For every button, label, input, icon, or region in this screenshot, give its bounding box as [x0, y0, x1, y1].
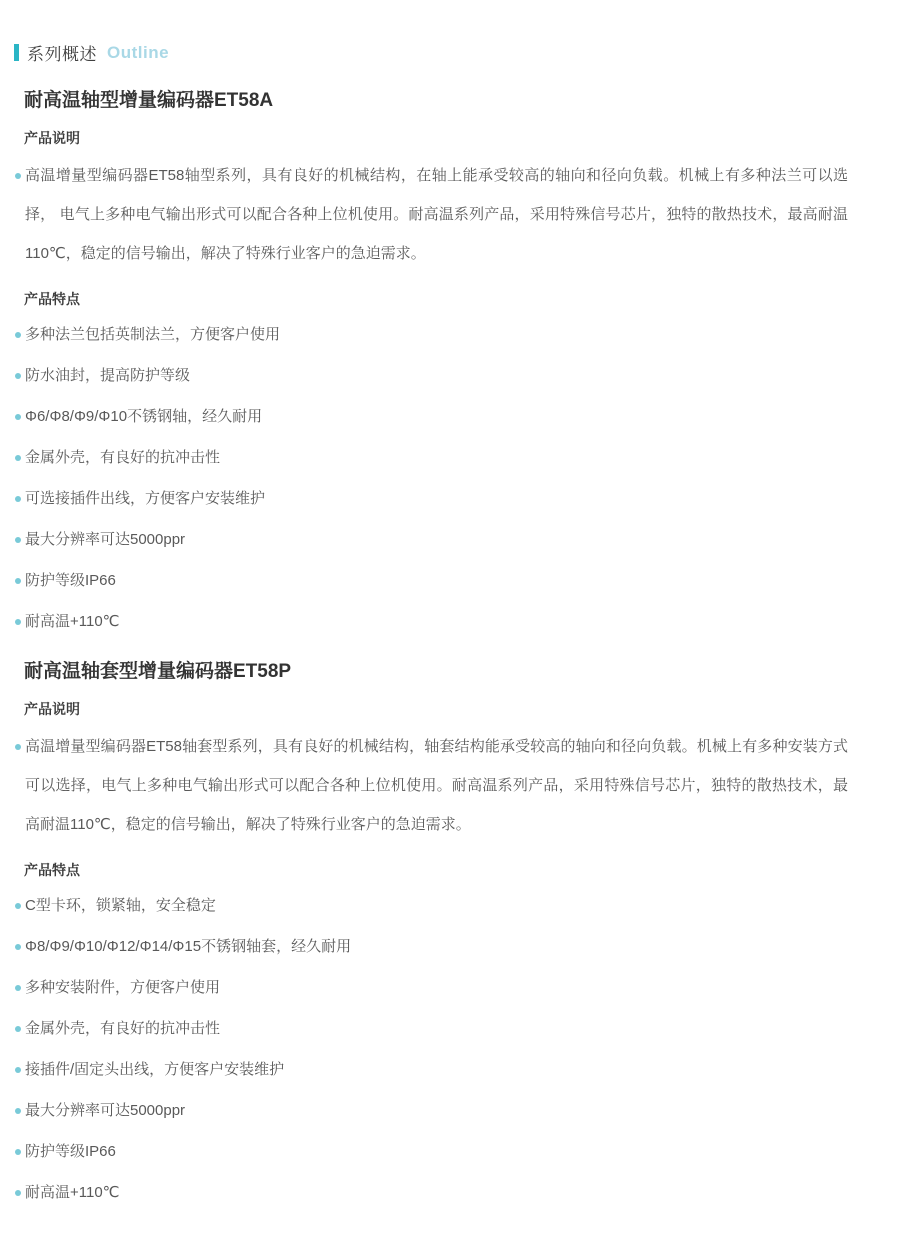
feature-text: 接插件/固定头出线，方便客户安装维护	[25, 1061, 284, 1078]
feature-item: Φ6/Φ8/Φ9/Φ10不锈钢轴，经久耐用	[14, 409, 848, 425]
feature-text: 可选接插件出线，方便客户安装维护	[25, 490, 265, 507]
document-page: 系列概述 Outline 耐高温轴型增量编码器ET58A 产品说明 高温增量型编…	[0, 0, 900, 1241]
feature-item: 最大分辨率可达5000ppr	[14, 532, 848, 548]
feature-item: C型卡环，锁紧轴，安全稳定	[14, 898, 848, 914]
feature-text: 防护等级IP66	[25, 572, 116, 589]
series-header: 系列概述 Outline	[14, 40, 848, 65]
feature-item: 多种法兰包括英制法兰，方便客户使用	[14, 327, 848, 343]
bullet-dot-icon	[15, 455, 21, 461]
feature-item: 防护等级IP66	[14, 573, 848, 589]
features-label: 产品特点	[24, 860, 848, 880]
feature-text: 防护等级IP66	[25, 1143, 116, 1160]
feature-item: 多种安装附件，方便客户使用	[14, 980, 848, 996]
product-description: 高温增量型编码器ET58轴套型系列，具有良好的机械结构，轴套结构能承受较高的轴向…	[14, 727, 848, 844]
series-title-zh: 系列概述	[27, 40, 97, 65]
bullet-dot-icon	[15, 903, 21, 909]
product-section-et58a: 耐高温轴型增量编码器ET58A 产品说明 高温增量型编码器ET58轴型系列，具有…	[14, 85, 848, 630]
bullet-dot-icon	[15, 1190, 21, 1196]
bullet-dot-icon	[15, 944, 21, 950]
bullet-dot-icon	[15, 414, 21, 420]
feature-item: 防护等级IP66	[14, 1144, 848, 1160]
feature-text: 耐高温+110℃	[25, 1184, 120, 1201]
bullet-dot-icon	[15, 496, 21, 502]
feature-text: 金属外壳，有良好的抗冲击性	[25, 449, 220, 466]
bullet-dot-icon	[15, 578, 21, 584]
product-section-et58p: 耐高温轴套型增量编码器ET58P 产品说明 高温增量型编码器ET58轴套型系列，…	[14, 656, 848, 1201]
bullet-dot-icon	[15, 173, 21, 179]
bullet-dot-icon	[15, 373, 21, 379]
feature-text: 最大分辨率可达5000ppr	[25, 1102, 185, 1119]
feature-item: 耐高温+110℃	[14, 1185, 848, 1201]
features-list: C型卡环，锁紧轴，安全稳定 Φ8/Φ9/Φ10/Φ12/Φ14/Φ15不锈钢轴套…	[14, 898, 848, 1201]
bullet-dot-icon	[15, 1149, 21, 1155]
feature-text: 金属外壳，有良好的抗冲击性	[25, 1020, 220, 1037]
feature-text: 耐高温+110℃	[25, 613, 120, 630]
feature-item: 金属外壳，有良好的抗冲击性	[14, 450, 848, 466]
bullet-dot-icon	[15, 985, 21, 991]
feature-item: 最大分辨率可达5000ppr	[14, 1103, 848, 1119]
feature-text: Φ8/Φ9/Φ10/Φ12/Φ14/Φ15不锈钢轴套，经久耐用	[25, 938, 351, 955]
features-list: 多种法兰包括英制法兰，方便客户使用 防水油封，提高防护等级 Φ6/Φ8/Φ9/Φ…	[14, 327, 848, 630]
description-label: 产品说明	[24, 699, 848, 719]
feature-text: 多种法兰包括英制法兰，方便客户使用	[25, 326, 280, 343]
feature-text: Φ6/Φ8/Φ9/Φ10不锈钢轴，经久耐用	[25, 408, 262, 425]
description-text: 高温增量型编码器ET58轴型系列，具有良好的机械结构，在轴上能承受较高的轴向和径…	[25, 167, 848, 262]
features-label: 产品特点	[24, 289, 848, 309]
product-title: 耐高温轴套型增量编码器ET58P	[24, 656, 848, 683]
feature-text: 多种安装附件，方便客户使用	[25, 979, 220, 996]
bullet-dot-icon	[15, 1067, 21, 1073]
bullet-dot-icon	[15, 1026, 21, 1032]
feature-text: 最大分辨率可达5000ppr	[25, 531, 185, 548]
feature-item: Φ8/Φ9/Φ10/Φ12/Φ14/Φ15不锈钢轴套，经久耐用	[14, 939, 848, 955]
feature-text: C型卡环，锁紧轴，安全稳定	[25, 897, 216, 914]
feature-item: 接插件/固定头出线，方便客户安装维护	[14, 1062, 848, 1078]
feature-text: 防水油封，提高防护等级	[25, 367, 190, 384]
feature-item: 可选接插件出线，方便客户安装维护	[14, 491, 848, 507]
product-title: 耐高温轴型增量编码器ET58A	[24, 85, 848, 112]
bullet-dot-icon	[15, 619, 21, 625]
feature-item: 防水油封，提高防护等级	[14, 368, 848, 384]
product-description: 高温增量型编码器ET58轴型系列，具有良好的机械结构，在轴上能承受较高的轴向和径…	[14, 156, 848, 273]
bullet-dot-icon	[15, 1108, 21, 1114]
series-title-en: Outline	[107, 43, 169, 63]
accent-bar-icon	[14, 44, 19, 61]
feature-item: 金属外壳，有良好的抗冲击性	[14, 1021, 848, 1037]
bullet-dot-icon	[15, 744, 21, 750]
description-label: 产品说明	[24, 128, 848, 148]
bullet-dot-icon	[15, 537, 21, 543]
feature-item: 耐高温+110℃	[14, 614, 848, 630]
description-text: 高温增量型编码器ET58轴套型系列，具有良好的机械结构，轴套结构能承受较高的轴向…	[25, 738, 848, 833]
bullet-dot-icon	[15, 332, 21, 338]
